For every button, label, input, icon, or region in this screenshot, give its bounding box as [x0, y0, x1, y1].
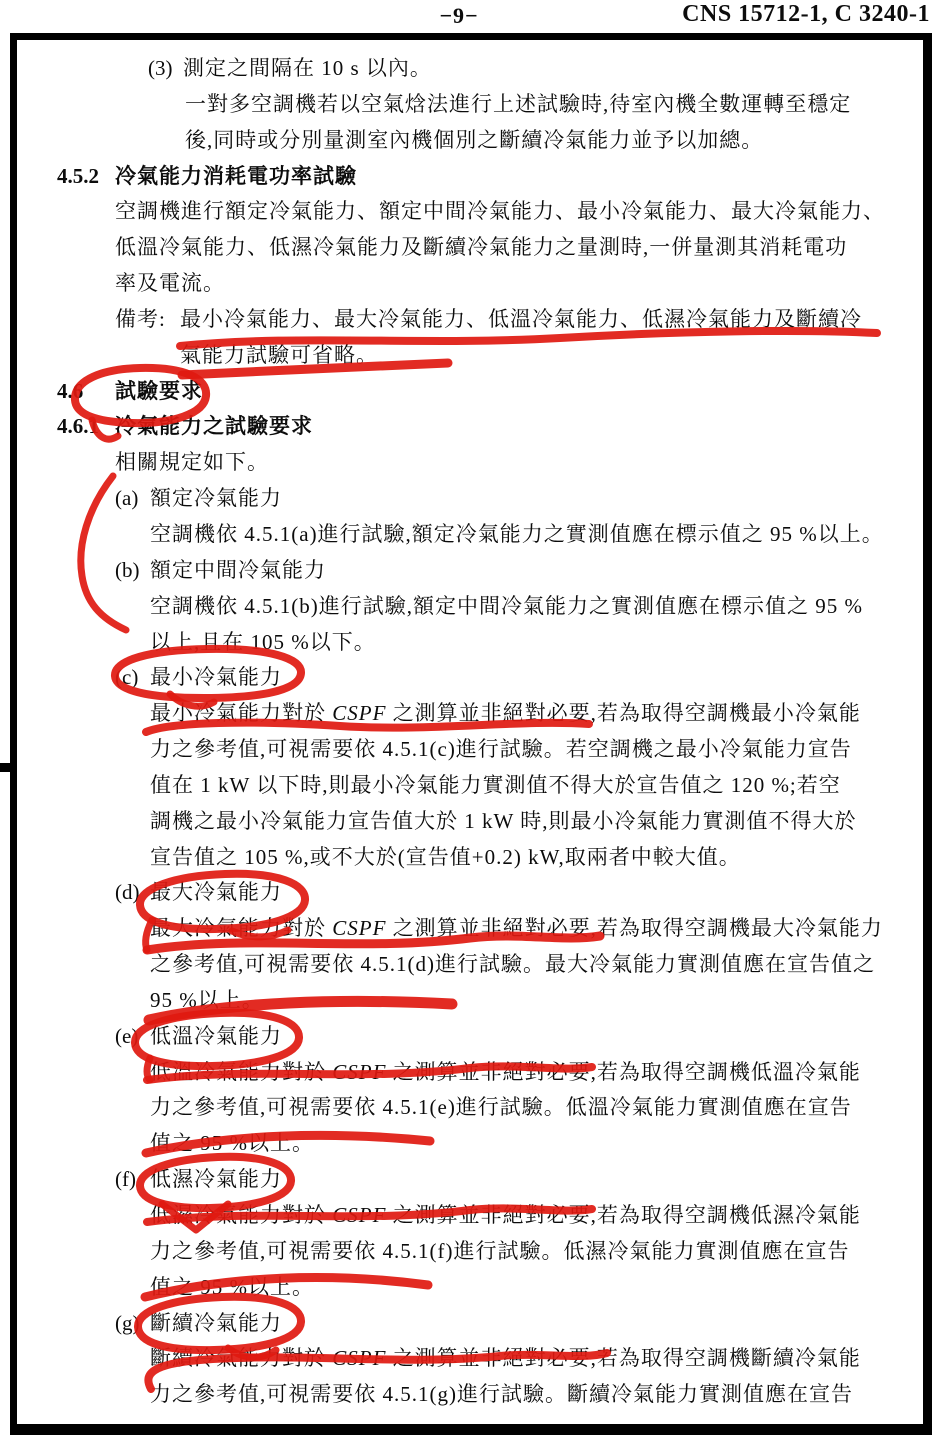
section-title: 試驗要求 — [115, 379, 203, 403]
item-label: (b) — [115, 553, 150, 589]
text-line: 低溫冷氣能力、低濕冷氣能力及斷續冷氣能力之量測時,一併量測其消耗電功 — [0, 230, 936, 266]
item-label: (f) — [115, 1162, 150, 1198]
text-line: 低濕冷氣能力對於 CSPF 之測算並非絕對必要,若為取得空調機低濕冷氣能 — [0, 1198, 936, 1234]
text-line: 宣告值之 105 %,或不大於(宣告值+0.2) kW,取兩者中較大值。 — [0, 840, 936, 876]
text-line: 值之 95 %以上。 — [0, 1270, 936, 1306]
item-label: (g) — [115, 1306, 150, 1342]
text-line: 後,同時或分別量測室內機個別之斷續冷氣能力並予以加總。 — [0, 123, 936, 159]
text-line: 值之 95 %以上。 — [0, 1126, 936, 1162]
note-line: 備考:最小冷氣能力、最大冷氣能力、低溫冷氣能力、低濕冷氣能力及斷續冷 — [0, 302, 936, 338]
text-line: 95 %以上。 — [0, 983, 936, 1019]
item-title: 額定中間冷氣能力 — [150, 558, 326, 582]
list-label: (3) — [148, 51, 183, 87]
section-heading-4-6-1: 4.6.1冷氣能力之試驗要求 — [0, 409, 936, 445]
item-title: 最大冷氣能力 — [150, 880, 282, 904]
item-heading-c: (c)最小冷氣能力 — [0, 660, 936, 696]
text-line: 力之參考值,可視需要依 4.5.1(f)進行試驗。低濕冷氣能力實測值應在宣告 — [0, 1234, 936, 1270]
item-heading-g: (g)斷續冷氣能力 — [0, 1306, 936, 1342]
text: 測定之間隔在 10 s 以內。 — [183, 56, 432, 80]
item-heading-f: (f)低濕冷氣能力 — [0, 1162, 936, 1198]
text-line: 力之參考值,可視需要依 4.5.1(c)進行試驗。若空調機之最小冷氣能力宣告 — [0, 732, 936, 768]
text-line: 空調機依 4.5.1(b)進行試驗,額定中間冷氣能力之實測值應在標示值之 95 … — [0, 589, 936, 625]
item-title: 低濕冷氣能力 — [150, 1167, 282, 1191]
text-line: (3)測定之間隔在 10 s 以內。 — [0, 51, 936, 87]
text-line: 力之參考值,可視需要依 4.5.1(g)進行試驗。斷續冷氣能力實測值應在宣告 — [0, 1377, 936, 1413]
document-page: { "header": { "page_number": "−9−", "sta… — [0, 0, 936, 1447]
text-line: 斷續冷氣能力對於 CSPF 之測算並非絕對必要,若為取得空調機斷續冷氣能 — [0, 1341, 936, 1377]
text-line: 空調機依 4.5.1(a)進行試驗,額定冷氣能力之實測值應在標示值之 95 %以… — [0, 517, 936, 553]
text-line: 調機之最小冷氣能力宣告值大於 1 kW 時,則最小冷氣能力實測值不得大於 — [0, 804, 936, 840]
note-line: 氣能力試驗可省略。 — [0, 338, 936, 374]
text-line: 一對多空調機若以空氣焓法進行上述試驗時,待室內機全數運轉至穩定 — [0, 87, 936, 123]
text-line: 相關規定如下。 — [0, 445, 936, 481]
item-title: 低溫冷氣能力 — [150, 1024, 282, 1048]
section-number: 4.5.2 — [57, 159, 115, 195]
text-line: 以上,且在 105 %以下。 — [0, 625, 936, 661]
item-label: (d) — [115, 875, 150, 911]
standard-reference: CNS 15712-1, C 3240-1 — [682, 1, 930, 28]
section-title: 冷氣能力之試驗要求 — [115, 414, 313, 438]
item-heading-a: (a)額定冷氣能力 — [0, 481, 936, 517]
text-line: 低溫冷氣能力對於 CSPF 之測算並非絕對必要,若為取得空調機低溫冷氣能 — [0, 1055, 936, 1091]
section-heading-4-6: 4.6試驗要求 — [0, 374, 936, 410]
item-label: (c) — [115, 660, 150, 696]
document-body: (3)測定之間隔在 10 s 以內。 一對多空調機若以空氣焓法進行上述試驗時,待… — [0, 51, 936, 1413]
text-line: 之參考值,可視需要依 4.5.1(d)進行試驗。最大冷氣能力實測值應在宣告值之 — [0, 947, 936, 983]
item-heading-b: (b)額定中間冷氣能力 — [0, 553, 936, 589]
text-line: 空調機進行額定冷氣能力、額定中間冷氣能力、最小冷氣能力、最大冷氣能力、 — [0, 194, 936, 230]
section-heading-4-5-2: 4.5.2冷氣能力消耗電功率試驗 — [0, 159, 936, 195]
item-label: (a) — [115, 481, 150, 517]
item-title: 斷續冷氣能力 — [150, 1311, 282, 1335]
text-line: 力之參考值,可視需要依 4.5.1(e)進行試驗。低溫冷氣能力實測值應在宣告 — [0, 1090, 936, 1126]
note-label: 備考: — [115, 302, 180, 338]
text-line: 最小冷氣能力對於 CSPF 之測算並非絕對必要,若為取得空調機最小冷氣能 — [0, 696, 936, 732]
item-title: 最小冷氣能力 — [150, 665, 282, 689]
section-title: 冷氣能力消耗電功率試驗 — [115, 164, 357, 188]
item-heading-e: (e)低溫冷氣能力 — [0, 1019, 936, 1055]
text-line: 率及電流。 — [0, 266, 936, 302]
item-title: 額定冷氣能力 — [150, 486, 282, 510]
page-number: −9− — [404, 3, 514, 29]
section-number: 4.6.1 — [57, 409, 115, 445]
text-line: 值在 1 kW 以下時,則最小冷氣能力實測值不得大於宣告值之 120 %;若空 — [0, 768, 936, 804]
item-heading-d: (d)最大冷氣能力 — [0, 875, 936, 911]
text-line: 最大冷氣能力對於 CSPF 之測算並非絕對必要,若為取得空調機最大冷氣能力 — [0, 911, 936, 947]
note-text: 最小冷氣能力、最大冷氣能力、低溫冷氣能力、低濕冷氣能力及斷續冷 — [180, 307, 862, 331]
section-number: 4.6 — [57, 374, 115, 410]
item-label: (e) — [115, 1019, 150, 1055]
